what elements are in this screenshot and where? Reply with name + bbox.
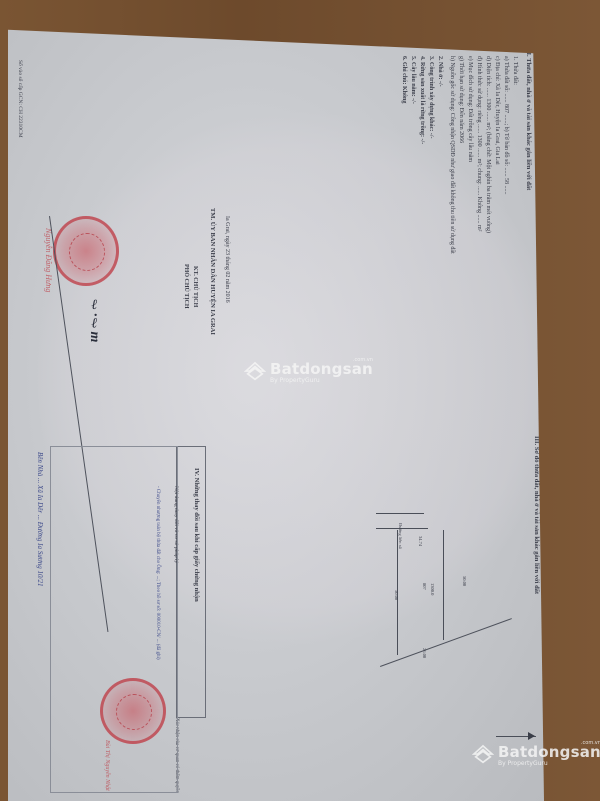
signer-capacity: KT. CHỦ TỊCH [191,266,199,307]
signer-title: PHÓ CHỦ TỊCH [182,264,190,309]
section-2-line: e) Mục đích sử dụng: Đất trồng cây lâu n… [466,56,474,162]
parcel-area: 1300.0 [428,583,436,595]
section-2-heading: II. Thửa đất, nhà ở và tài sản khác gắn … [524,50,532,190]
plot-boundary-top [376,513,424,514]
section-2-line: 2. Nhà ở: -/- [436,56,444,87]
section-3-heading: III. Sơ đồ thửa đất, nhà ở và tài sản kh… [532,436,540,594]
section-2-line: đ) Hình thức sử dụng: riêng ...... 1300 … [475,56,483,231]
section-2-line: 5. Cây lâu năm: -/- [409,56,417,104]
section-2-line: g) Thời hạn sử dụng: Đến năm 2066 [457,56,465,143]
batdongsan-watermark-center: .com.vn Batdongsan By PropertyGuru [244,360,373,384]
handwritten-note: Bên Nhà ... Xã Ia Dêr ... Đường Ia Sương… [36,452,44,586]
dim-top: 34.74 [416,536,424,546]
official-red-seal-2 [100,678,166,744]
section-2-line: 1. Thửa đất: [511,56,519,85]
dim-left: 50.00 [392,590,400,600]
issuing-authority: TM. ỦY BAN NHÂN DÂN HUYỆN IA GRAI [208,208,216,335]
section-2-line: h) Nguồn gốc sử dụng: Công nhận QSDĐ như… [448,56,456,254]
section-2-line: d) Diện tích: ...... 1300 ...... m²; (bằ… [484,56,492,233]
confirm-signer-name: Bùi Thị Nguyễn Nhật [104,740,110,791]
batdongsan-logo-icon [472,744,494,766]
section-2-line: a) Thửa đất số: ...... 807 ......; b) Tờ… [502,56,510,195]
watermark-sub: By PropertyGuru [270,377,373,384]
dim-right: 50.00 [460,576,468,586]
certificate-paper: II. Thửa đất, nhà ở và tài sản khác gắn … [8,18,544,801]
north-arrow-icon [528,732,535,740]
section-2-line: c) Địa chỉ: Xã Ia Dêr, Huyện Ia Grai, Gi… [493,56,501,165]
handwritten-signature: ℓ·ℓm [86,298,102,342]
place-date: Ia Grai, ngày 23 tháng 02 năm 2016 [223,216,231,303]
road-label: Đường liên xã [396,523,404,549]
section-2-line: 6. Ghi chú: Không [400,56,408,103]
section-4-header-box [176,446,206,718]
section-4-table [50,446,178,793]
watermark-tld: .com.vn [353,357,373,363]
certificate-register-number: Số vào sổ cấp GCN: CH 22310CM [16,60,24,138]
batdongsan-watermark-corner: .com.vn Batdongsan By PropertyGuru [472,743,600,767]
batdongsan-logo-icon [244,361,266,383]
official-red-seal [53,216,119,286]
parcel-number: 807 [420,583,428,590]
plot-boundary-right [443,530,444,640]
watermark-sub: By PropertyGuru [498,760,600,767]
dim-bottom: 26.00 [420,648,428,658]
section-2-line: 3. Công trình xây dựng khác: -/- [427,56,435,138]
section-4-heading: IV. Những thay đổi sau khi cấp giấy chứn… [192,468,200,602]
watermark-tld: .com.vn [581,740,600,746]
section-2-line: 4. Rừng sản xuất là rừng trồng: -/- [418,56,426,144]
